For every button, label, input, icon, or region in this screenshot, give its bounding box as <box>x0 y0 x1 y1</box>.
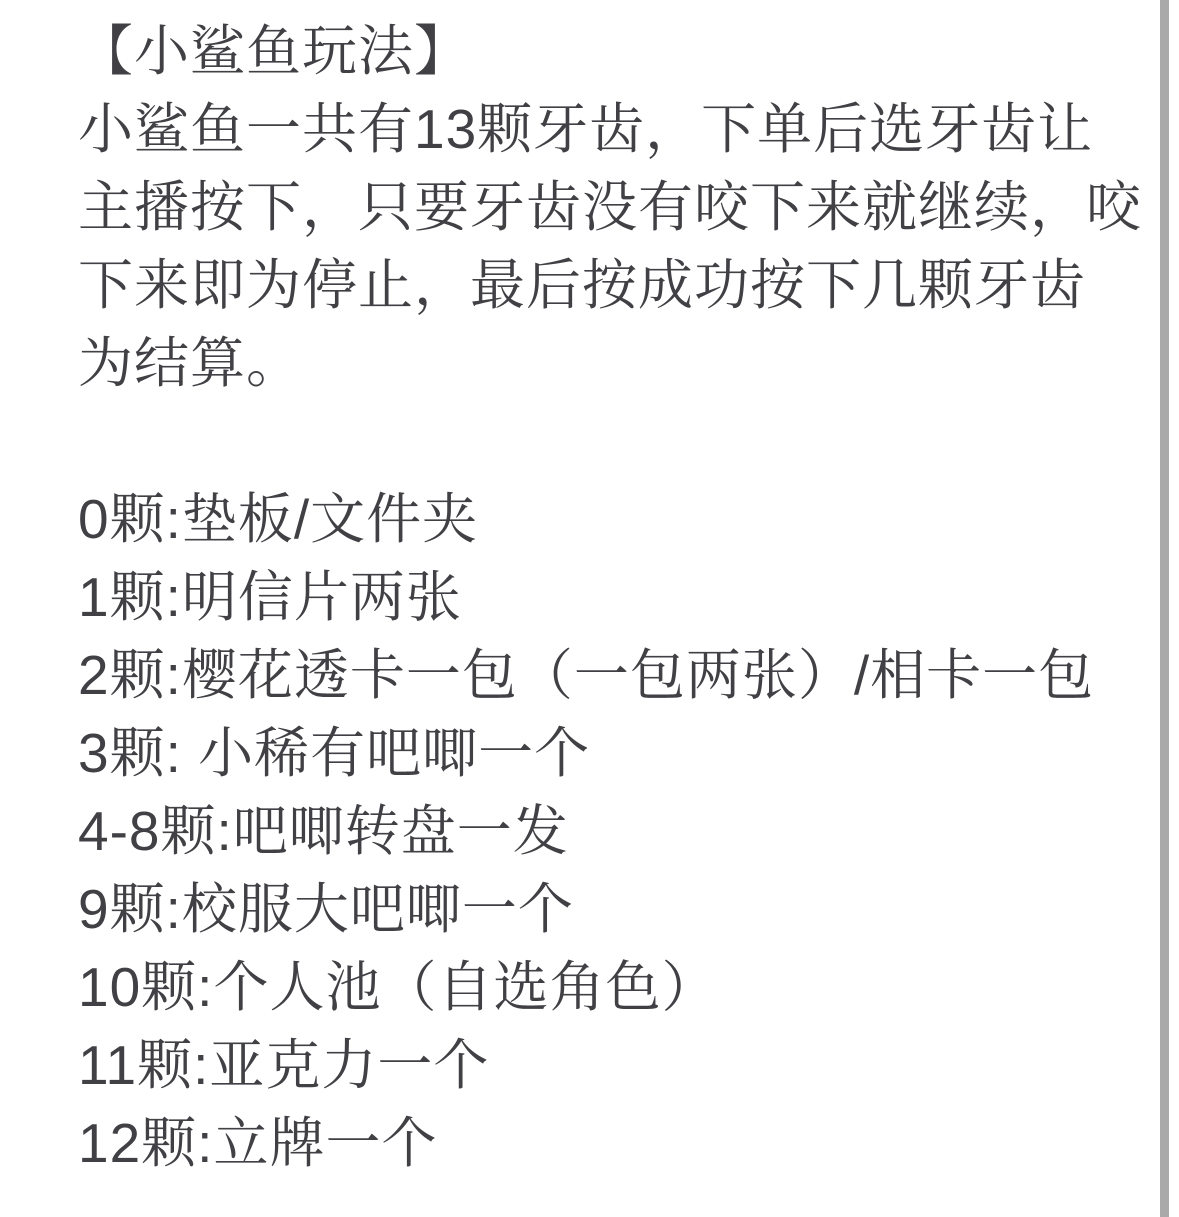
prize-line-3-teeth: 3颗: 小稀有吧唧一个 <box>78 714 1089 792</box>
prize-line-12-teeth: 12颗:立牌一个 <box>78 1104 1089 1182</box>
intro-line-4: 为结算。 <box>78 324 1089 402</box>
intro-line-1: 小鲨鱼一共有13颗牙齿，下单后选牙齿让 <box>78 90 1089 168</box>
blank-spacer-line <box>78 402 1089 480</box>
prize-line-1-tooth: 1颗:明信片两张 <box>78 558 1089 636</box>
scrollbar[interactable] <box>1160 0 1169 1217</box>
prize-line-2-teeth: 2颗:樱花透卡一包（一包两张）/相卡一包 <box>78 636 1089 714</box>
intro-line-3: 下来即为停止，最后按成功按下几颗牙齿 <box>78 246 1089 324</box>
prize-line-9-teeth: 9颗:校服大吧唧一个 <box>78 870 1089 948</box>
intro-line-2: 主播按下，只要牙齿没有咬下来就继续，咬 <box>78 168 1089 246</box>
prize-line-0-teeth: 0颗:垫板/文件夹 <box>78 480 1089 558</box>
rules-title: 【小鲨鱼玩法】 <box>78 12 1089 90</box>
game-rules-page: 【小鲨鱼玩法】 小鲨鱼一共有13颗牙齿，下单后选牙齿让 主播按下，只要牙齿没有咬… <box>0 0 1179 1217</box>
prize-line-4-8-teeth: 4-8颗:吧唧转盘一发 <box>78 792 1089 870</box>
rules-text-block: 【小鲨鱼玩法】 小鲨鱼一共有13颗牙齿，下单后选牙齿让 主播按下，只要牙齿没有咬… <box>78 12 1089 1182</box>
prize-line-10-teeth: 10颗:个人池（自选角色） <box>78 948 1089 1026</box>
prize-line-11-teeth: 11颗:亚克力一个 <box>78 1026 1089 1104</box>
